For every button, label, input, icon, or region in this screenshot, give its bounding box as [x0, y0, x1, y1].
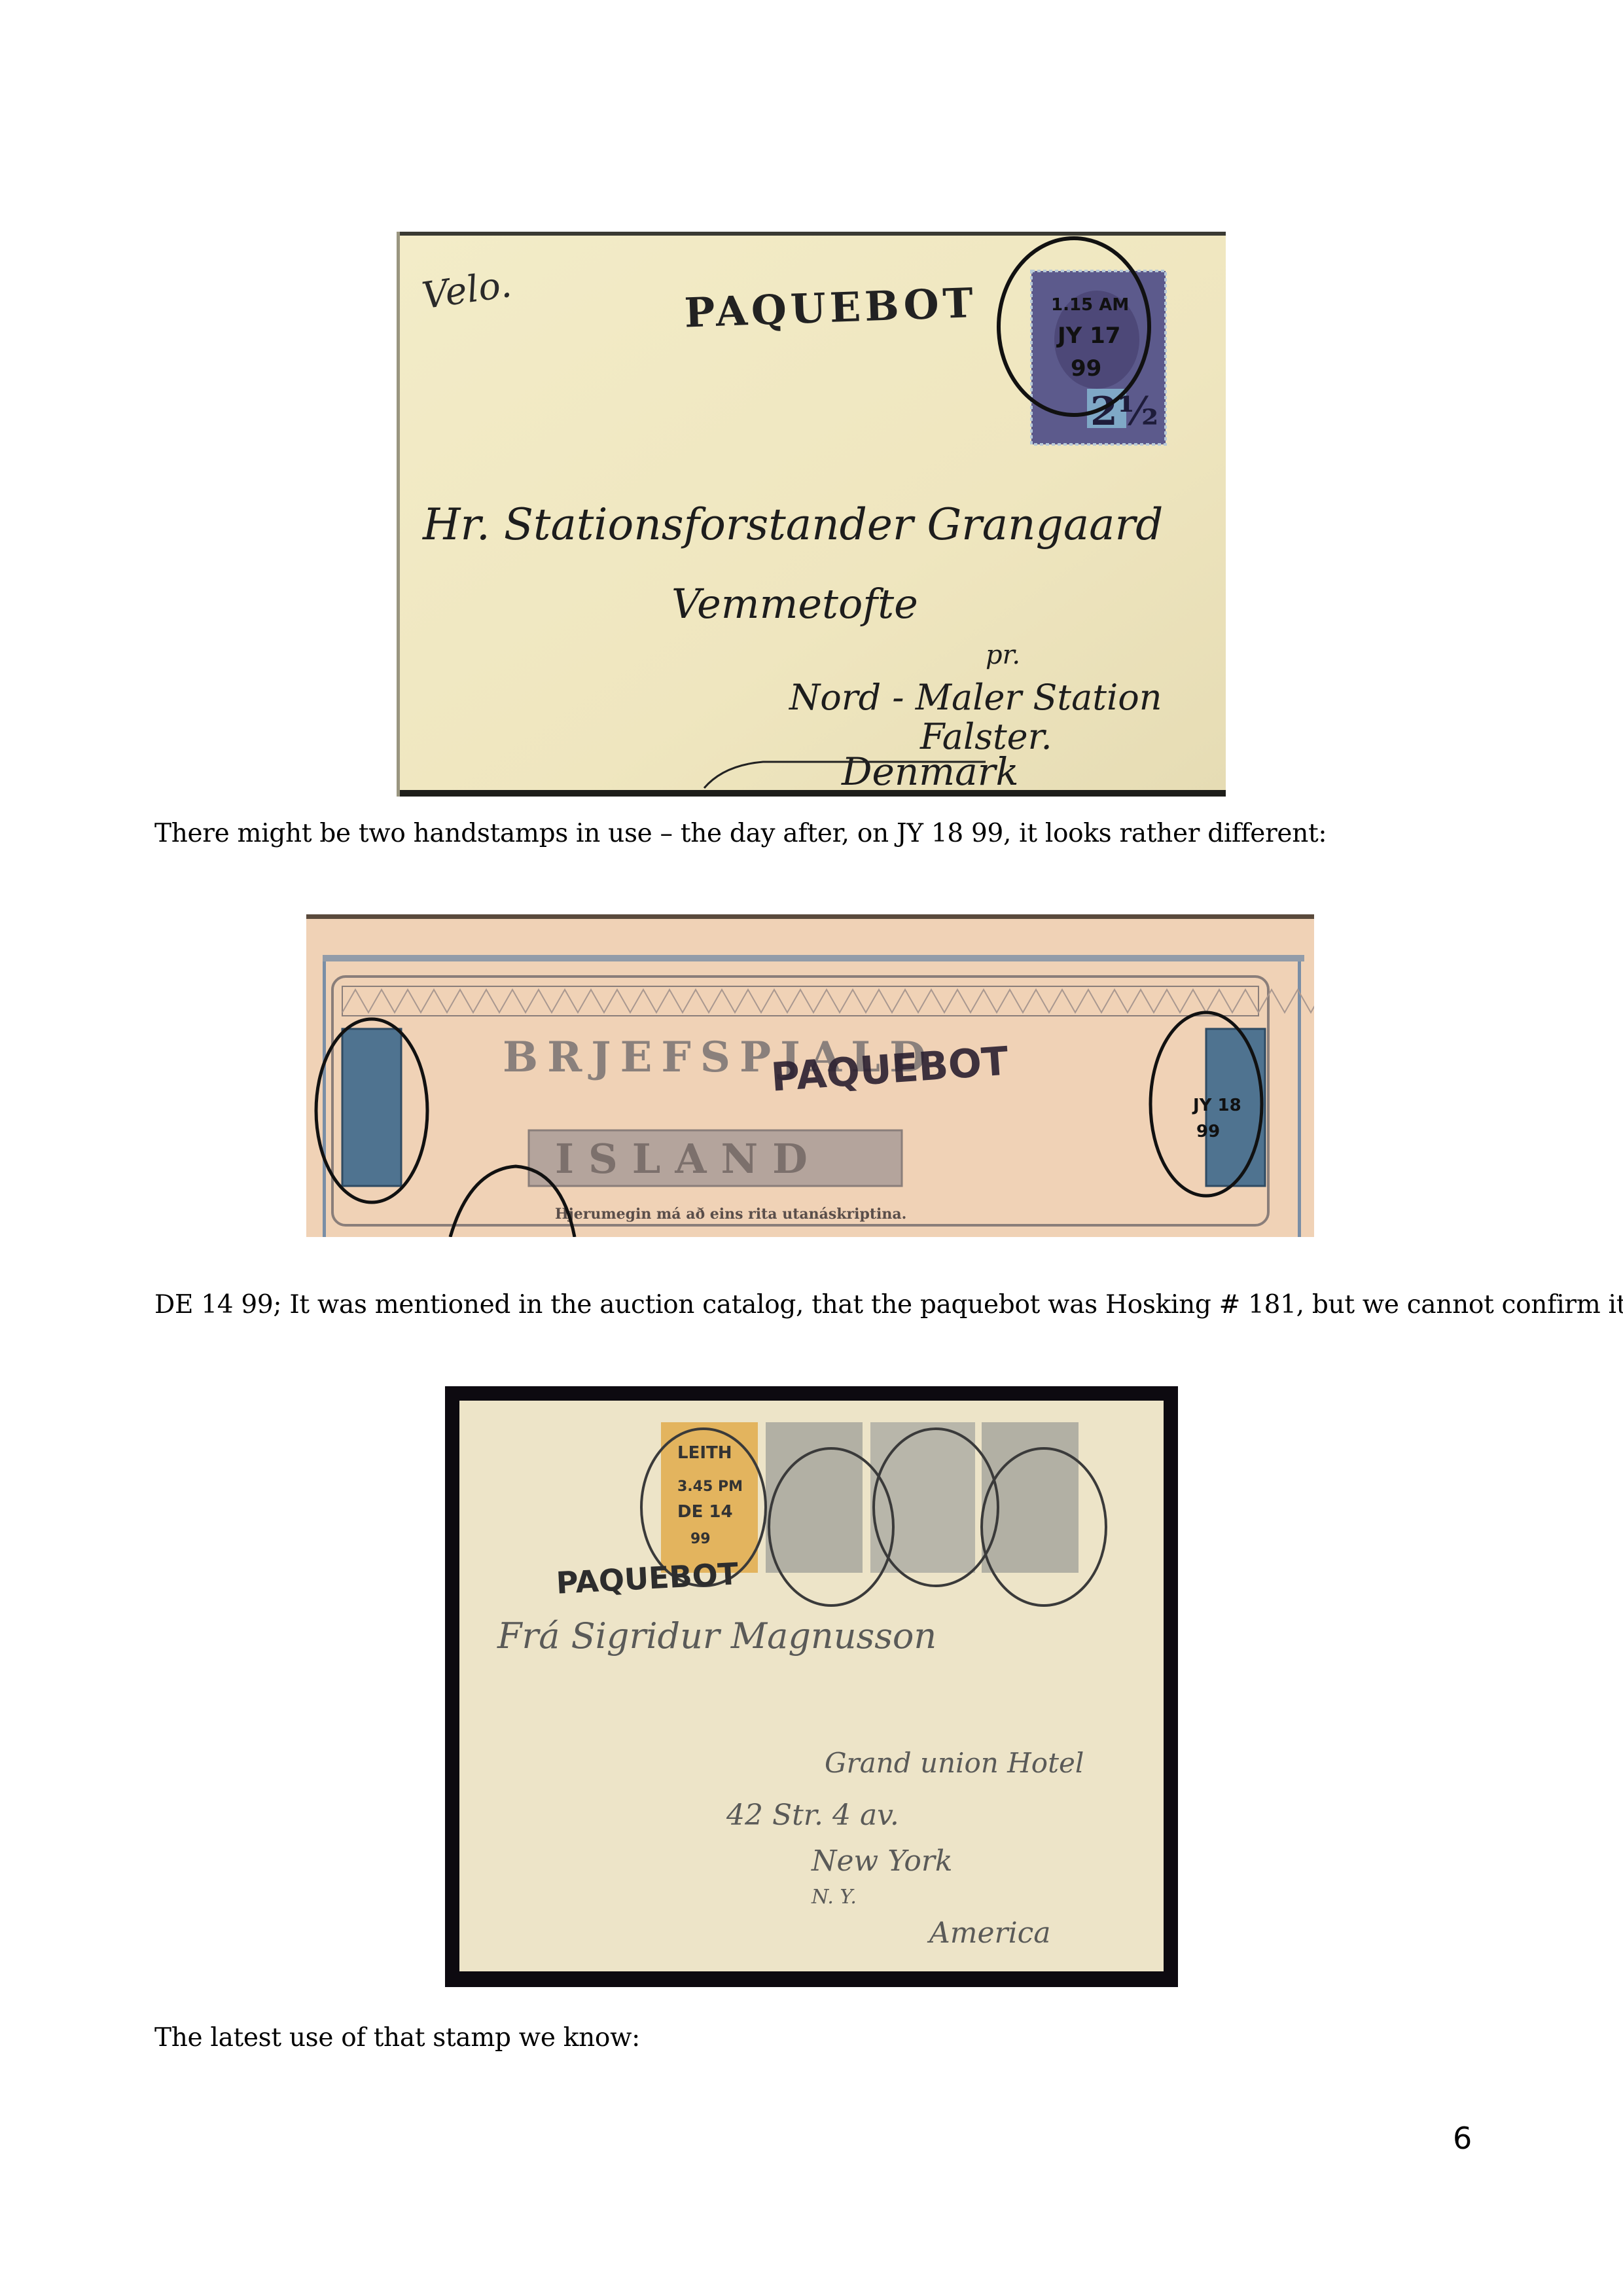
svg-text:Denmark: Denmark — [841, 749, 1019, 794]
svg-text:Grand union Hotel: Grand union Hotel — [825, 1747, 1084, 1779]
page-number: 6 — [1453, 2121, 1472, 2156]
svg-text:DE 14: DE 14 — [677, 1502, 733, 1522]
paragraph-hosking-181: DE 14 99; It was mentioned in the auctio… — [154, 1289, 1623, 1321]
svg-text:3.45 PM: 3.45 PM — [677, 1479, 743, 1495]
stamp-grey-1 — [766, 1422, 863, 1573]
envelope-illustration: Velo. PAQUEBOT 2½ 1.15 AM JY 17 99 Hr. S… — [397, 232, 1226, 797]
svg-text:99: 99 — [1071, 355, 1101, 382]
stamp-grey-2 — [870, 1422, 975, 1573]
svg-text:Nord - Maler Station: Nord - Maler Station — [788, 677, 1162, 718]
svg-text:1.15 AM: 1.15 AM — [1051, 295, 1129, 315]
envelope-image-jy17: Velo. PAQUEBOT 2½ 1.15 AM JY 17 99 Hr. S… — [397, 232, 1226, 797]
svg-text:LEITH: LEITH — [677, 1443, 732, 1463]
paquebot-handstamp: PAQUEBOT — [683, 279, 978, 337]
stamp-grey-3 — [982, 1422, 1079, 1573]
cover-illustration: LEITH 3.45 PM DE 14 99 PAQUEBOT Frá Sigr… — [445, 1386, 1178, 1987]
svg-text:pr.: pr. — [986, 640, 1020, 670]
svg-text:New York: New York — [811, 1844, 953, 1878]
postcard-illustration: BRJEFSPJALD ISLAND Hjerumegin má að eins… — [306, 914, 1314, 1237]
svg-text:Hr. Stationsforstander Grangaa: Hr. Stationsforstander Grangaard — [422, 499, 1163, 550]
svg-text:JY 17: JY 17 — [1056, 323, 1120, 349]
card-country-text: ISLAND — [555, 1135, 822, 1183]
paragraph-two-handstamps: There might be two handstamps in use – t… — [154, 818, 1327, 850]
svg-text:Vemmetofte: Vemmetofte — [671, 580, 918, 628]
svg-text:Frá Sigridur Magnusson: Frá Sigridur Magnusson — [497, 1615, 936, 1657]
svg-text:2½: 2½ — [1090, 389, 1158, 435]
svg-text:99: 99 — [1196, 1122, 1220, 1141]
svg-text:42 Str. 4 av.: 42 Str. 4 av. — [726, 1799, 899, 1832]
paragraph-latest-use: The latest use of that stamp we know: — [154, 2022, 640, 2054]
card-footer-text: Hjerumegin má að eins rita utanáskriptin… — [555, 1206, 906, 1223]
svg-text:JY 18: JY 18 — [1192, 1096, 1241, 1115]
cover-image-de14: LEITH 3.45 PM DE 14 99 PAQUEBOT Frá Sigr… — [445, 1386, 1178, 1987]
svg-text:N. Y.: N. Y. — [811, 1886, 857, 1909]
svg-text:99: 99 — [690, 1531, 711, 1547]
svg-text:America: America — [927, 1916, 1051, 1950]
left-stamp — [342, 1029, 401, 1186]
postcard-image-jy18: BRJEFSPJALD ISLAND Hjerumegin má að eins… — [306, 914, 1314, 1237]
